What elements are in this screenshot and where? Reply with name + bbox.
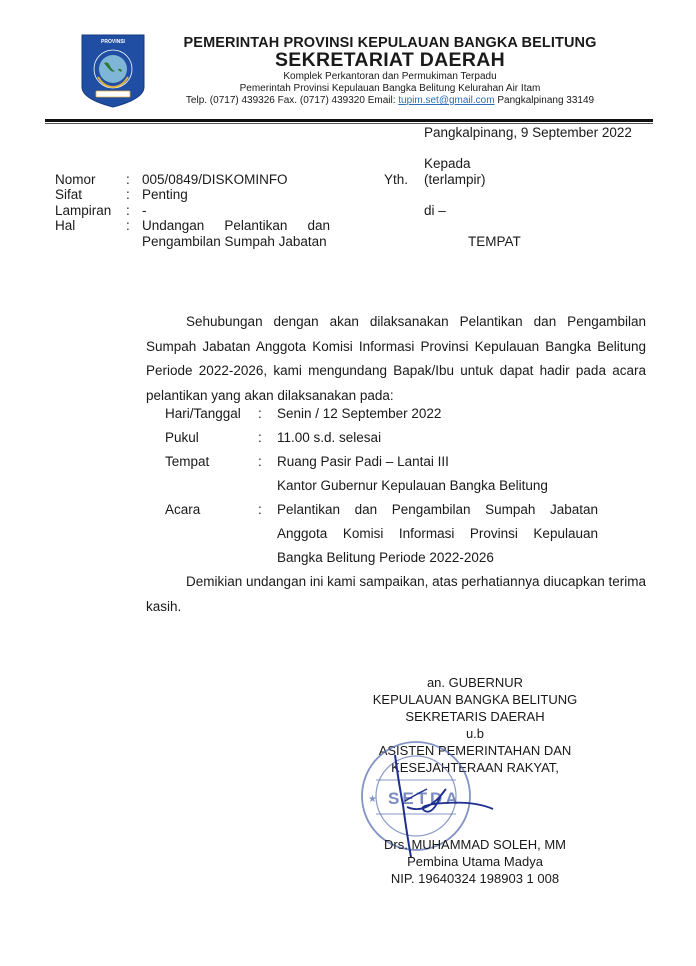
letter-date: Pangkalpinang, 9 September 2022 <box>424 125 632 141</box>
email-link[interactable]: tupim.set@gmail.com <box>398 95 494 106</box>
detail-colon: : <box>258 454 262 469</box>
body-opening-paragraph: Sehubungan dengan akan dilaksanakan Pela… <box>146 310 646 408</box>
detail-value-event-line2: Anggota Komisi Informasi Provinsi Kepula… <box>277 526 598 541</box>
signature-line-sekda: SEKRETARIS DAERAH <box>350 708 600 725</box>
meta-value-lampiran: - <box>142 203 147 219</box>
detail-value-place-line2: Kantor Gubernur Kepulauan Bangka Belitun… <box>277 478 548 493</box>
meta-colon: : <box>126 187 130 203</box>
detail-colon: : <box>258 406 262 421</box>
recipient-name: (terlampir) <box>424 172 486 188</box>
meta-value-hal: Undangan Pelantikan dan <box>142 218 330 234</box>
detail-value-event: Pelantikan dan Pengambilan Sumpah Jabata… <box>277 502 598 517</box>
contact-prefix: Telp. (0717) 439326 Fax. (0717) 439320 E… <box>186 95 398 106</box>
meta-label-hal: Hal <box>55 218 75 234</box>
svg-text:PROVINSI: PROVINSI <box>101 39 126 45</box>
meta-label-sifat: Sifat <box>55 187 82 203</box>
letterhead-contact-line: Telp. (0717) 439326 Fax. (0717) 439320 E… <box>160 95 620 106</box>
signatory-name: Drs. MUHAMMAD SOLEH, MM <box>350 836 600 853</box>
meta-colon: : <box>126 203 130 219</box>
detail-colon: : <box>258 502 262 517</box>
provincial-logo-icon: PROVINSI <box>80 33 146 109</box>
meta-label-nomor: Nomor <box>55 172 96 188</box>
signatory-block: Drs. MUHAMMAD SOLEH, MM Pembina Utama Ma… <box>350 836 600 887</box>
recipient-tempat: TEMPAT <box>468 234 521 250</box>
letterhead-divider <box>45 119 653 122</box>
meta-value-sifat: Penting <box>142 187 188 203</box>
detail-value-event-line3: Bangka Belitung Periode 2022-2026 <box>277 550 494 565</box>
detail-value-place: Ruang Pasir Padi – Lantai III <box>277 454 449 469</box>
recipient-yth: Yth. <box>384 172 408 188</box>
signatory-nip: NIP. 19640324 198903 1 008 <box>350 870 600 887</box>
body-closing-paragraph: Demikian undangan ini kami sampaikan, at… <box>146 570 646 619</box>
detail-value-date: Senin / 12 September 2022 <box>277 406 441 421</box>
signatory-rank: Pembina Utama Madya <box>350 853 600 870</box>
signature-line-an-gubernur: an. GUBERNUR <box>350 674 600 691</box>
detail-label-event: Acara <box>165 502 200 517</box>
meta-label-lampiran: Lampiran <box>55 203 111 219</box>
recipient-di: di – <box>424 203 446 219</box>
recipient-kepada: Kepada <box>424 156 471 172</box>
meta-value-nomor: 005/0849/DISKOMINFO <box>142 172 288 188</box>
letterhead-address-line-2: Pemerintah Provinsi Kepulauan Bangka Bel… <box>160 83 620 94</box>
contact-suffix: Pangkalpinang 33149 <box>495 95 595 106</box>
meta-value-hal-line2: Pengambilan Sumpah Jabatan <box>142 234 327 250</box>
detail-label-date: Hari/Tanggal <box>165 406 241 421</box>
meta-colon: : <box>126 218 130 234</box>
detail-label-time: Pukul <box>165 430 199 445</box>
meta-colon: : <box>126 172 130 188</box>
svg-text:★: ★ <box>368 794 377 805</box>
letterhead-office-title: SEKRETARIAT DAERAH <box>160 49 620 72</box>
signature-line-province: KEPULAUAN BANGKA BELITUNG <box>350 691 600 708</box>
letterhead-address-line: Komplek Perkantoran dan Permukiman Terpa… <box>160 71 620 82</box>
letterhead-divider-thin <box>45 123 653 124</box>
closing-text: Demikian undangan ini kami sampaikan, at… <box>146 574 646 614</box>
detail-colon: : <box>258 430 262 445</box>
detail-value-time: 11.00 s.d. selesai <box>277 430 381 445</box>
detail-label-place: Tempat <box>165 454 209 469</box>
opening-text: Sehubungan dengan akan dilaksanakan Pela… <box>146 314 646 403</box>
